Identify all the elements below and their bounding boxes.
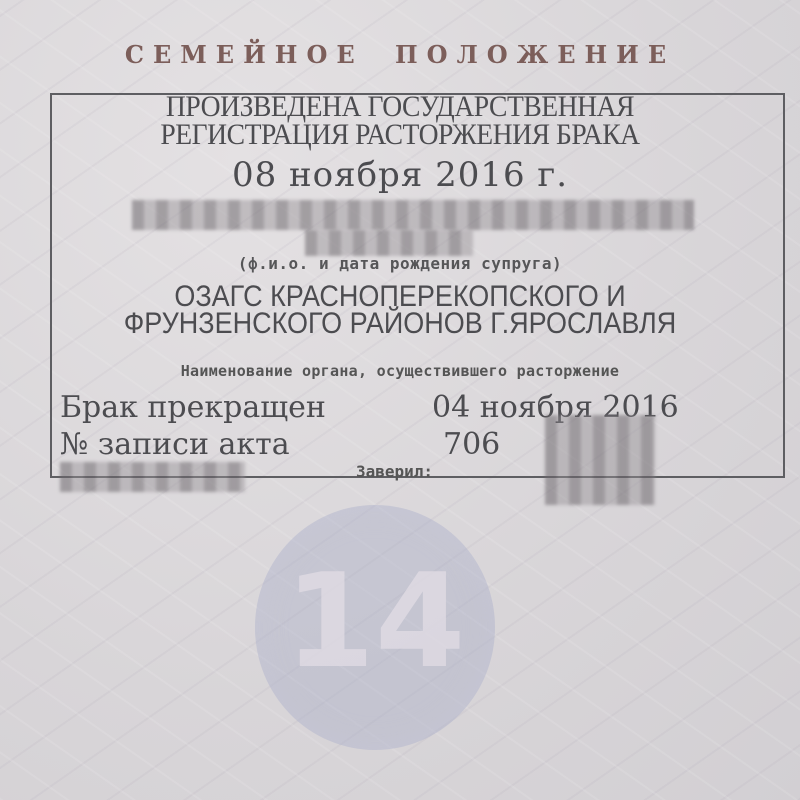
spouse-caption: (ф.и.о. и дата рождения супруга) [0,254,800,273]
registration-date: 08 ноября 2016 г. [0,155,800,195]
watermark-number: 14 [255,545,495,697]
act-record-label: № записи акта [60,427,290,462]
certified-label: Заверил: [356,462,433,481]
section-title: СЕМЕЙНОЕ ПОЛОЖЕНИЕ [0,40,800,69]
stamp-heading-line2: РЕГИСТРАЦИЯ РАСТОРЖЕНИЯ БРАКА [32,118,768,152]
organ-caption: Наименование органа, осуществившего раст… [0,362,800,380]
organ-name-line2: ФРУНЗЕНСКОГО РАЙОНОВ Г.ЯРОСЛАВЛЯ [40,307,760,341]
act-record-number: 706 [443,427,500,462]
redacted-spouse-birthdate [305,230,473,256]
security-watermark: 14 [255,505,495,750]
marriage-ended-label: Брак прекращен [60,390,326,425]
redacted-signature [545,415,655,505]
redacted-spouse-name [132,200,694,230]
redacted-stamp-code [60,462,245,492]
